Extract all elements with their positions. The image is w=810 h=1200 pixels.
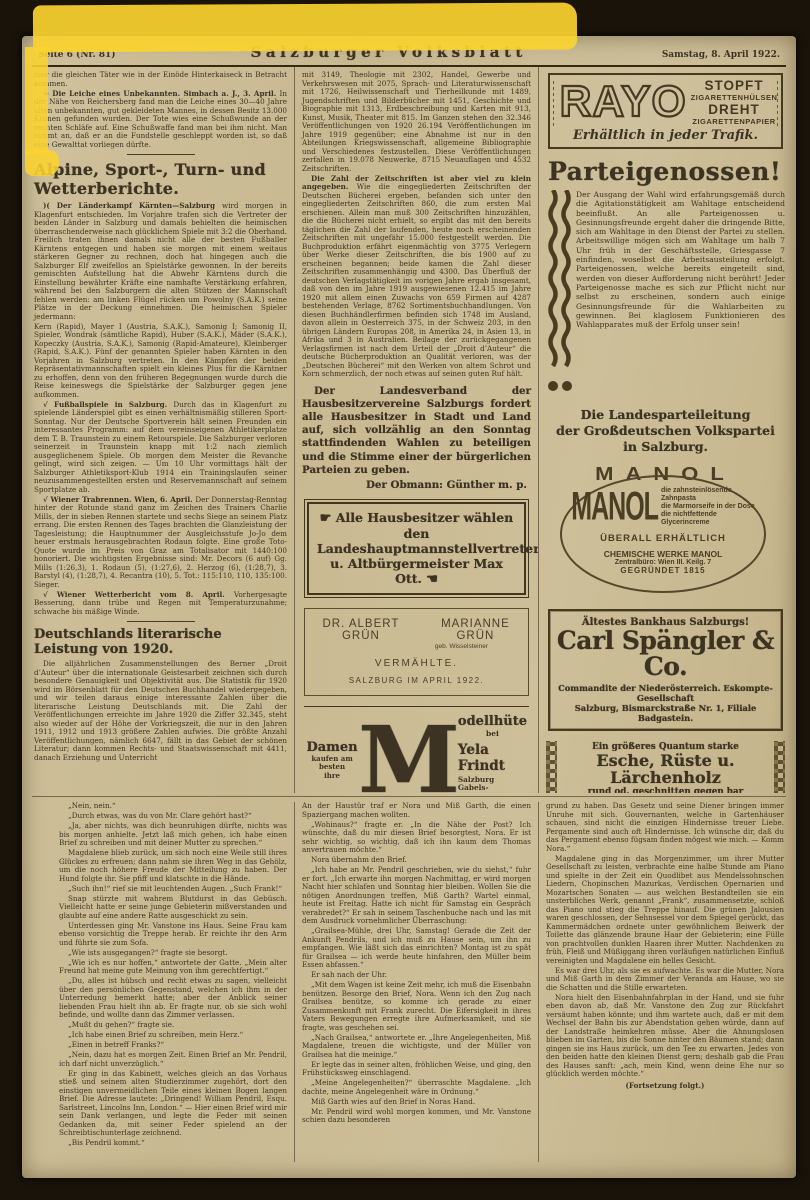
rayo-slogan: Erhältlich in jeder Trafik. bbox=[553, 126, 778, 144]
continuation-notice: (Fortsetzung folgt.) bbox=[546, 1082, 784, 1091]
ad-timber[interactable]: Ein größeres Quantum starke Esche, Rüste… bbox=[546, 741, 785, 793]
rayo-brand: RAYO bbox=[554, 82, 691, 122]
rayo-claims: STOPFT ZIGARETTENHÜLSEN DREHT ZIGARETTEN… bbox=[691, 78, 778, 126]
column-right: RAYO STOPFT ZIGARETTENHÜLSEN DREHT ZIGAR… bbox=[538, 67, 786, 793]
groom-name: DR. ALBERT GRÜN bbox=[311, 618, 411, 642]
novel-paragraph: „Nach Grailsea,“ antwortete er. „Ihre An… bbox=[302, 1034, 531, 1060]
novel-paragraph: „Durch etwas, was du von Mr. Clare gehör… bbox=[59, 812, 287, 821]
newspaper-page: Seite 6 (Nr. 81) Salzburger Volksblatt S… bbox=[22, 36, 796, 1178]
ad-rayo-row: RAYO STOPFT ZIGARETTENHÜLSEN DREHT ZIGAR… bbox=[553, 78, 778, 126]
novel-paragraph: Nora übernahm den Brief. bbox=[302, 856, 531, 865]
rayo-stopft: STOPFT bbox=[691, 78, 778, 93]
timber-line2: Esche, Rüste u. Lärchenholz bbox=[560, 752, 771, 786]
obmann-signature: Der Obmann: Günther m. p. bbox=[366, 479, 527, 491]
novel-paragraph: „Wie ich es nur hoffen,“ antwortete der … bbox=[59, 959, 287, 976]
manol-products: die zahnsteinlösende Zahnpasta die Marmo… bbox=[661, 487, 755, 527]
manol-brand: MANOL bbox=[571, 484, 661, 530]
manol-inner: MANOL die zahnsteinlösende Zahnpasta die… bbox=[570, 487, 756, 527]
novel-paragraph: Magdalene ging in das Morgenzimmer, um i… bbox=[546, 855, 784, 966]
novel-paragraph: „Grailsea-Mühle, drei Uhr, Samstag! Gera… bbox=[302, 927, 531, 970]
parteigenossen-block: Der Ausgang der Wahl wird erfahrungsgemä… bbox=[546, 190, 785, 399]
manol-availability: ÜBERALL ERHÄLTLICH bbox=[570, 533, 756, 544]
novel-paragraph: „Du, alles ist hübsch und recht etwas zu… bbox=[59, 977, 287, 1020]
ad-modellhuete-right: odellhüte bei Yela Frindt Salzburg Gabel… bbox=[456, 710, 527, 793]
article-zeitschriften: Die Zahl der Zeitschriften ist aber viel… bbox=[302, 175, 531, 379]
novel-column-1: „Nein, nein.“ „Durch etwas, was du von M… bbox=[32, 802, 294, 1162]
novel-paragraph: Mr. Pendril wird wohl morgen kommen, und… bbox=[302, 1108, 531, 1125]
novel-paragraph: „Nein, dazu hat es morgen Zeit. Einen Br… bbox=[59, 1051, 287, 1068]
novel-column-3: grund zu haben. Das Gesetz und seine Die… bbox=[538, 802, 786, 1162]
manol-oval: MANOL die zahnsteinlösende Zahnpasta die… bbox=[560, 475, 766, 593]
novel-paragraph: „Ich habe an Mr. Pendril geschrieben, wi… bbox=[302, 866, 531, 926]
novel-paragraph: Er ging in das Kabinett, welches gleich … bbox=[59, 1070, 287, 1138]
checker-border-right bbox=[774, 741, 785, 793]
novel-paragraph: Snap stürzte mit wahrem Blutdurst in das… bbox=[59, 895, 287, 921]
issue-date: Samstag, 8. April 1922. bbox=[662, 50, 780, 60]
appeal-signature: Der Obmann: Günther m. p. bbox=[302, 479, 531, 491]
heading-sport-weather: Alpine, Sport-, Turn- und Wetterberichte… bbox=[34, 160, 287, 198]
huete-odell: odellhüte bbox=[458, 714, 527, 729]
rayo-dreht: DREHT bbox=[691, 102, 778, 117]
wedding-city-date: SALZBURG IM APRIL 1922. bbox=[311, 676, 522, 685]
novel-paragraph: „Mit dem Wagen ist keine Zeit mehr, ich … bbox=[302, 981, 531, 1032]
manol-address: Zentralbüro: Wien III. Keilg. 7 bbox=[570, 559, 756, 566]
section-divider bbox=[127, 154, 195, 155]
article-leiche: = Die Leiche eines Unbekannten. Simbach … bbox=[34, 90, 287, 150]
heading-literature: Deutschlands literarische Leistung von 1… bbox=[34, 627, 287, 657]
novel-paragraph: „Wohinaus?“ fragte er. „In die Nähe der … bbox=[302, 821, 531, 855]
novel-paragraph: Miß Garth wies auf den Brief in Noras Ha… bbox=[302, 1098, 531, 1107]
newspaper-title: Salzburger Volksblatt bbox=[251, 43, 527, 61]
bride-name: MARIANNE GRÜN bbox=[429, 618, 522, 642]
masthead: Seite 6 (Nr. 81) Salzburger Volksblatt S… bbox=[32, 40, 786, 67]
section-divider bbox=[127, 621, 195, 622]
novel-paragraph: „Such ihn!“ rief sie mit leuchtenden Aug… bbox=[59, 885, 287, 894]
rayo-papier: ZIGARETTENPAPIER bbox=[691, 117, 778, 126]
manicule-left-icon: ☚ bbox=[426, 572, 438, 587]
checker-border-left bbox=[546, 741, 557, 793]
ad-manol[interactable]: MANOL MANOL die zahnsteinlösende Zahnpas… bbox=[546, 461, 785, 599]
huete-damen: Damen bbox=[306, 740, 358, 755]
article-fussball: √ Fußballspiele in Salzburg. Durch das i… bbox=[34, 401, 287, 495]
ad-max-ott-text: ☛ Alle Hausbesitzer wählen den Landeshau… bbox=[307, 502, 526, 595]
main-columns: hier die gleichen Täter wie in der Einöd… bbox=[32, 67, 786, 793]
article-wetterbericht: √ Wiener Wetterbericht vom 8. April. Vor… bbox=[34, 591, 287, 617]
novel-column-2: An der Haustür traf er Nora und Miß Gart… bbox=[294, 802, 538, 1162]
huete-shop-name: Yela Frindt bbox=[458, 742, 527, 774]
heading-parteigenossen: Parteigenossen! bbox=[548, 157, 785, 186]
novel-paragraph: „Nein, nein.“ bbox=[59, 802, 287, 811]
page-number: Seite 6 (Nr. 81) bbox=[38, 50, 116, 60]
article-continuation: hier die gleichen Täter wie in der Einöd… bbox=[34, 71, 287, 88]
ad-modellhuete-left: Damen kaufen am besten ihre bbox=[306, 740, 358, 781]
manol-founded: GEGRÜNDET 1815 bbox=[570, 566, 756, 575]
article-lineup: Kern (Rapid), Mayer I (Austria, S.A.K.),… bbox=[34, 323, 287, 400]
timber-line3: rund od. geschnitten gegen bar bbox=[560, 787, 771, 793]
novel-paragraph: „Meine Angelegenheiten?“ überraschte Mag… bbox=[302, 1079, 531, 1096]
wedding-names: DR. ALBERT GRÜN MARIANNE GRÜN bbox=[311, 618, 522, 642]
hausbesitzer-appeal: Der Landesverband der Hausbesitzerverein… bbox=[302, 385, 531, 477]
novel-paragraph: Er legte das in seiner alten, fröhlichen… bbox=[302, 1061, 531, 1078]
ad-modellhuete[interactable]: Damen kaufen am besten ihre M odellhüte … bbox=[304, 706, 529, 793]
novel-paragraph: Magdalene blieb zurück, um sich noch ein… bbox=[59, 849, 287, 883]
novel-paragraph: „Einen in betreff Franks?“ bbox=[59, 1041, 287, 1050]
article-laenderkampf: )( Der Länderkampf Kärnten—Salzburg wird… bbox=[34, 202, 287, 321]
ad-spaengler-bank[interactable]: Ältestes Bankhaus Salzburgs! Carl Spängl… bbox=[548, 609, 783, 731]
novel-paragraph: Unterdessen ging Mr. Vanstone ins Haus. … bbox=[59, 922, 287, 948]
huete-bei: bei bbox=[458, 729, 527, 738]
spaengler-name: Carl Spängler & Co. bbox=[554, 628, 777, 680]
ad-timber-text: Ein größeres Quantum starke Esche, Rüste… bbox=[557, 741, 774, 793]
column-middle: mit 3149, Theologie mit 2302, Handel, Ge… bbox=[294, 67, 538, 793]
parteigenossen-text: Der Ausgang der Wahl wird erfahrungsgemä… bbox=[576, 190, 785, 399]
manol-company: CHEMISCHE WERKE MANOL bbox=[570, 549, 756, 559]
huete-big-m: M bbox=[358, 721, 456, 793]
novel-paragraph: „Ich habe einen Brief zu schreiben, mein… bbox=[59, 1031, 287, 1040]
bride-maiden-name: geb. Wisselsteiner bbox=[311, 643, 522, 650]
wavy-border-ornament bbox=[546, 190, 576, 399]
novel-paragraph: „Ja, aber nichts, was dich beunruhigen d… bbox=[59, 822, 287, 848]
ad-max-ott[interactable]: ☛ Alle Hausbesitzer wählen den Landeshau… bbox=[304, 499, 529, 598]
ad-wedding-announcement[interactable]: DR. ALBERT GRÜN MARIANNE GRÜN geb. Wisse… bbox=[304, 608, 529, 696]
article-statistics: mit 3149, Theologie mit 2302, Handel, Ge… bbox=[302, 71, 531, 173]
huete-s3: ihre bbox=[306, 772, 358, 781]
novel-paragraph: An der Haustür traf er Nora und Miß Gart… bbox=[302, 802, 531, 819]
novel-paragraph: „Wie ists ausgegangen?“ fragte sie besor… bbox=[59, 949, 287, 958]
rayo-border-deco-left bbox=[553, 78, 554, 126]
novel-paragraph: Er sah nach der Uhr. bbox=[302, 971, 531, 980]
novel-paragraph: „Bis Pendril kommt.“ bbox=[59, 1139, 287, 1148]
article-trabrennen: √ Wiener Trabrennen. Wien, 6. April. Der… bbox=[34, 496, 287, 590]
wedding-label: VERMÄHLTE. bbox=[311, 658, 522, 669]
column-left: hier die gleichen Täter wie in der Einöd… bbox=[32, 67, 294, 793]
huete-address: Salzburg Gabels- bergerstraße 20/II. bbox=[458, 776, 527, 793]
rayo-border-deco-right bbox=[777, 78, 778, 126]
manicule-right-icon: ☛ bbox=[320, 511, 332, 526]
article-literature: Die alljährlichen Zusammenstellungen des… bbox=[34, 660, 287, 762]
spaengler-details: Commandite der Niederösterreich. Eskompt… bbox=[554, 683, 777, 723]
novel-paragraph: Nora hielt den Eisenbahnfahrplan in der … bbox=[546, 994, 784, 1079]
novel-paragraph: „Mußt du gehen?“ fragte sie. bbox=[59, 1021, 287, 1030]
feuilleton-section: „Nein, nein.“ „Durch etwas, was du von M… bbox=[32, 796, 786, 1162]
novel-paragraph: Es war drei Uhr, als sie es aufwachte. E… bbox=[546, 967, 784, 993]
novel-paragraph: grund zu haben. Das Gesetz und seine Die… bbox=[546, 802, 784, 853]
rayo-huelsen: ZIGARETTENHÜLSEN bbox=[691, 93, 778, 102]
party-signature: Die Landesparteileitung der Großdeutsche… bbox=[546, 407, 785, 455]
ad-rayo[interactable]: RAYO STOPFT ZIGARETTENHÜLSEN DREHT ZIGAR… bbox=[548, 73, 783, 149]
